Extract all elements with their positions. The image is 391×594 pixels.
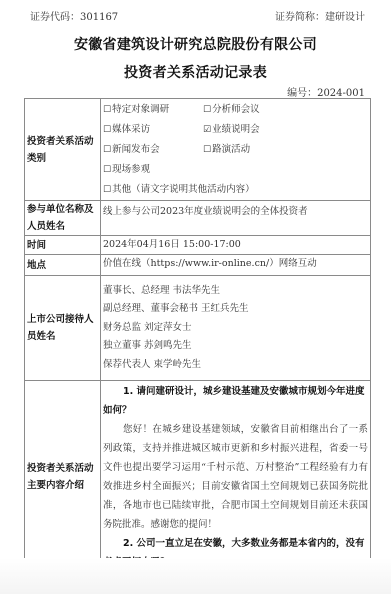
content-body: 1. 请问建研设计，城乡建设基建及安徽城市规划今年进度如何？ 您好！在城乡建设基… <box>101 381 371 573</box>
stock-name: 证券简称：建研设计 <box>275 8 365 23</box>
participants-label: 参与单位名称及人员姓名 <box>25 201 101 236</box>
reception-row: 上市公司接待人员姓名 董事长、总经理 韦法华先生 副总经理、董事会秘书 王红兵先… <box>25 276 371 381</box>
time-value: 2024年04月16日 15:00-17:00 <box>101 236 371 255</box>
location-row: 地点 价值在线（https://www.ir-online.cn/）网络互动 <box>25 255 371 276</box>
reception-label: 上市公司接待人员姓名 <box>25 276 101 381</box>
reception-person: 保荐代表人 束学岭先生 <box>103 356 368 375</box>
category-options: ☐特定对象调研 ☐分析师会议 ☐媒体采访 ☑业绩说明会 ☐新闻发布会 ☐路演活动… <box>101 99 371 201</box>
checkbox-icon[interactable]: ☐ <box>103 165 111 175</box>
serial-number: 编号：2024-001 <box>287 84 365 99</box>
stock-code: 证券代码：301167 <box>30 8 118 23</box>
checkbox-icon[interactable]: ☐ <box>203 105 211 115</box>
time-row: 时间 2024年04月16日 15:00-17:00 <box>25 236 371 255</box>
content-row: 投资者关系活动主要内容介绍 1. 请问建研设计，城乡建设基建及安徽城市规划今年进… <box>25 381 371 573</box>
location-value: 价值在线（https://www.ir-online.cn/）网络互动 <box>101 255 371 276</box>
category-label: 投资者关系活动类别 <box>25 99 101 201</box>
checkbox-icon[interactable]: ☐ <box>103 185 111 195</box>
record-table: 投资者关系活动类别 ☐特定对象调研 ☐分析师会议 ☐媒体采访 ☑业绩说明会 ☐新… <box>24 98 371 573</box>
option-site-visit[interactable]: ☐现场参观 <box>103 160 368 180</box>
option-press-conference[interactable]: ☐新闻发布会 <box>103 140 203 160</box>
form-title: 投资者关系活动记录表 <box>0 62 391 82</box>
company-title: 安徽省建筑设计研究总院股份有限公司 <box>0 34 391 54</box>
reception-person: 董事长、总经理 韦法华先生 <box>103 282 368 301</box>
option-analyst-meeting[interactable]: ☐分析师会议 <box>203 100 368 120</box>
option-specific-research[interactable]: ☐特定对象调研 <box>103 100 203 120</box>
reception-person: 独立董事 苏剑鸣先生 <box>103 337 368 356</box>
participants-value: 线上参与公司2023年度业绩说明会的全体投资者 <box>101 201 371 236</box>
time-label: 时间 <box>25 236 101 255</box>
location-label: 地点 <box>25 255 101 276</box>
reception-person: 财务总监 刘定萍女士 <box>103 319 368 338</box>
answer-1: 您好！在城乡建设基建领域，安徽省目前相继出台了一系列政策，支持并推进城区城市更新… <box>103 420 368 534</box>
content-label: 投资者关系活动主要内容介绍 <box>25 381 101 573</box>
participants-row: 参与单位名称及人员姓名 线上参与公司2023年度业绩说明会的全体投资者 <box>25 201 371 236</box>
checkbox-icon[interactable]: ☐ <box>103 145 111 155</box>
page-bottom-fade <box>0 558 391 594</box>
option-media-interview[interactable]: ☐媒体采访 <box>103 120 203 140</box>
option-earnings-briefing[interactable]: ☑业绩说明会 <box>203 120 368 140</box>
question-1: 1. 请问建研设计，城乡建设基建及安徽城市规划今年进度如何？ <box>103 382 368 420</box>
checkbox-icon[interactable]: ☐ <box>103 105 111 115</box>
checkbox-icon[interactable]: ☐ <box>203 145 211 155</box>
reception-people: 董事长、总经理 韦法华先生 副总经理、董事会秘书 王红兵先生 财务总监 刘定萍女… <box>101 276 371 381</box>
checkbox-icon[interactable]: ☐ <box>103 125 111 135</box>
reception-person: 副总经理、董事会秘书 王红兵先生 <box>103 300 368 319</box>
checkbox-checked-icon[interactable]: ☑ <box>203 125 211 135</box>
option-other[interactable]: ☐其他（请文字说明其他活动内容） <box>103 180 368 200</box>
option-roadshow[interactable]: ☐路演活动 <box>203 140 368 160</box>
category-row: 投资者关系活动类别 ☐特定对象调研 ☐分析师会议 ☐媒体采访 ☑业绩说明会 ☐新… <box>25 99 371 201</box>
